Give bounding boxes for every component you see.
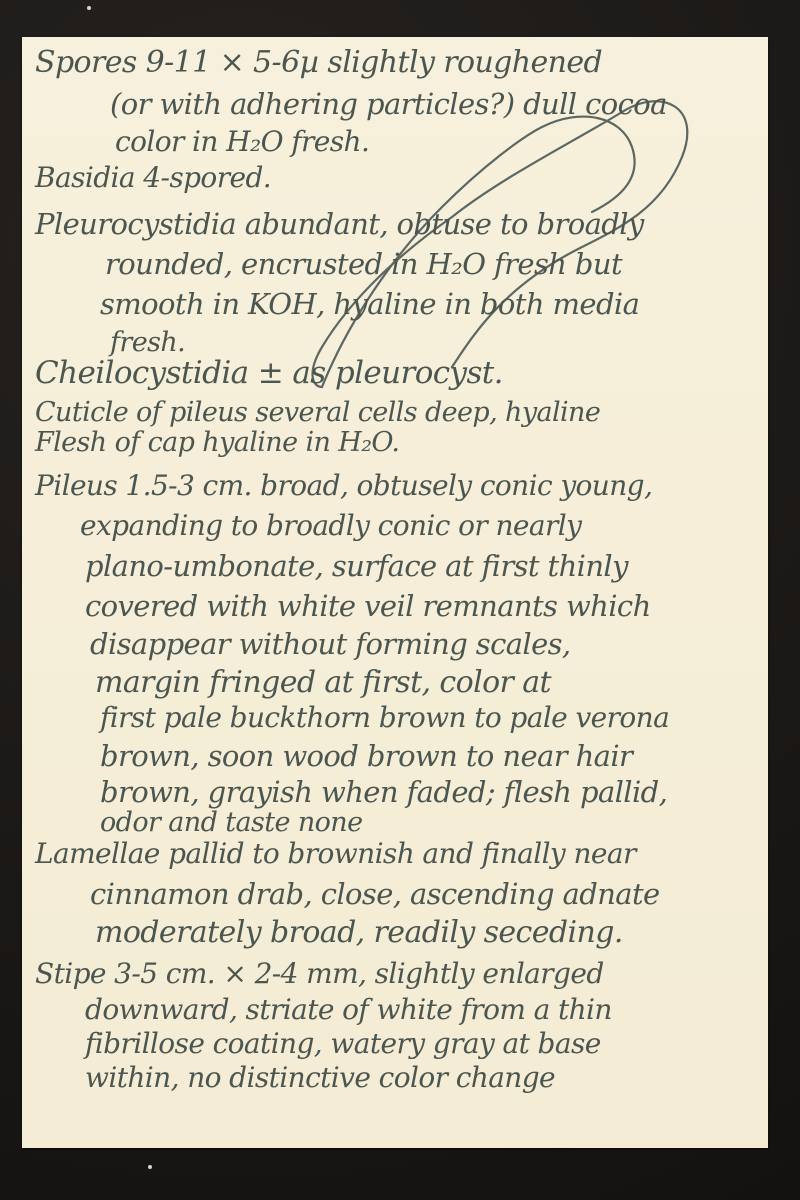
handwritten-line: Cheilocystidia ± as pleurocyst. xyxy=(35,355,503,391)
handwritten-line: covered with white veil remnants which xyxy=(85,589,651,623)
handwritten-line: brown, grayish when faded; flesh pallid, xyxy=(100,775,667,809)
handwritten-line: Cuticle of pileus several cells deep, hy… xyxy=(35,397,600,428)
handwritten-line: Lamellae pallid to brownish and finally … xyxy=(35,837,636,870)
handwritten-line: cinnamon drab, close, ascending adnate xyxy=(90,877,660,911)
handwritten-line: fibrillose coating, watery gray at base xyxy=(85,1027,601,1060)
handwritten-line: smooth in KOH, hyaline in both media xyxy=(100,287,639,321)
handwritten-line: (or with adhering particles?) dull cocoa xyxy=(110,87,667,121)
handwritten-line: Flesh of cap hyaline in H₂O. xyxy=(35,427,399,458)
handwritten-line: moderately broad, readily seceding. xyxy=(95,915,623,950)
handwritten-line: disappear without forming scales, xyxy=(90,627,571,661)
handwritten-line: odor and taste none xyxy=(100,807,362,838)
handwritten-line: within, no distinctive color change xyxy=(85,1061,555,1094)
specimen-card: Spores 9-11 × 5-6µ slightly roughened(or… xyxy=(22,37,768,1148)
handwritten-line: Basidia 4-spored. xyxy=(35,161,271,194)
handwritten-line: downward, striate of white from a thin xyxy=(85,993,612,1026)
handwritten-line: expanding to broadly conic or nearly xyxy=(80,509,581,542)
handwritten-line: plano-umbonate, surface at first thinly xyxy=(85,549,628,583)
handwritten-line: brown, soon wood brown to near hair xyxy=(100,739,632,773)
handwritten-line: first pale buckthorn brown to pale veron… xyxy=(100,701,669,734)
handwritten-line: Spores 9-11 × 5-6µ slightly roughened xyxy=(35,45,602,80)
handwritten-line: Pileus 1.5-3 cm. broad, obtusely conic y… xyxy=(35,469,652,502)
dust-speck xyxy=(148,1165,152,1169)
handwritten-line: rounded, encrusted in H₂O fresh but xyxy=(105,247,622,281)
handwritten-line: margin fringed at first, color at xyxy=(95,665,551,700)
dust-speck xyxy=(87,6,91,10)
handwritten-line: color in H₂O fresh. xyxy=(115,125,369,158)
handwritten-line: Pleurocystidia abundant, obtuse to broad… xyxy=(35,207,644,241)
handwritten-line: Stipe 3-5 cm. × 2-4 mm, slightly enlarge… xyxy=(35,957,604,990)
handwritten-line: fresh. xyxy=(110,327,185,358)
